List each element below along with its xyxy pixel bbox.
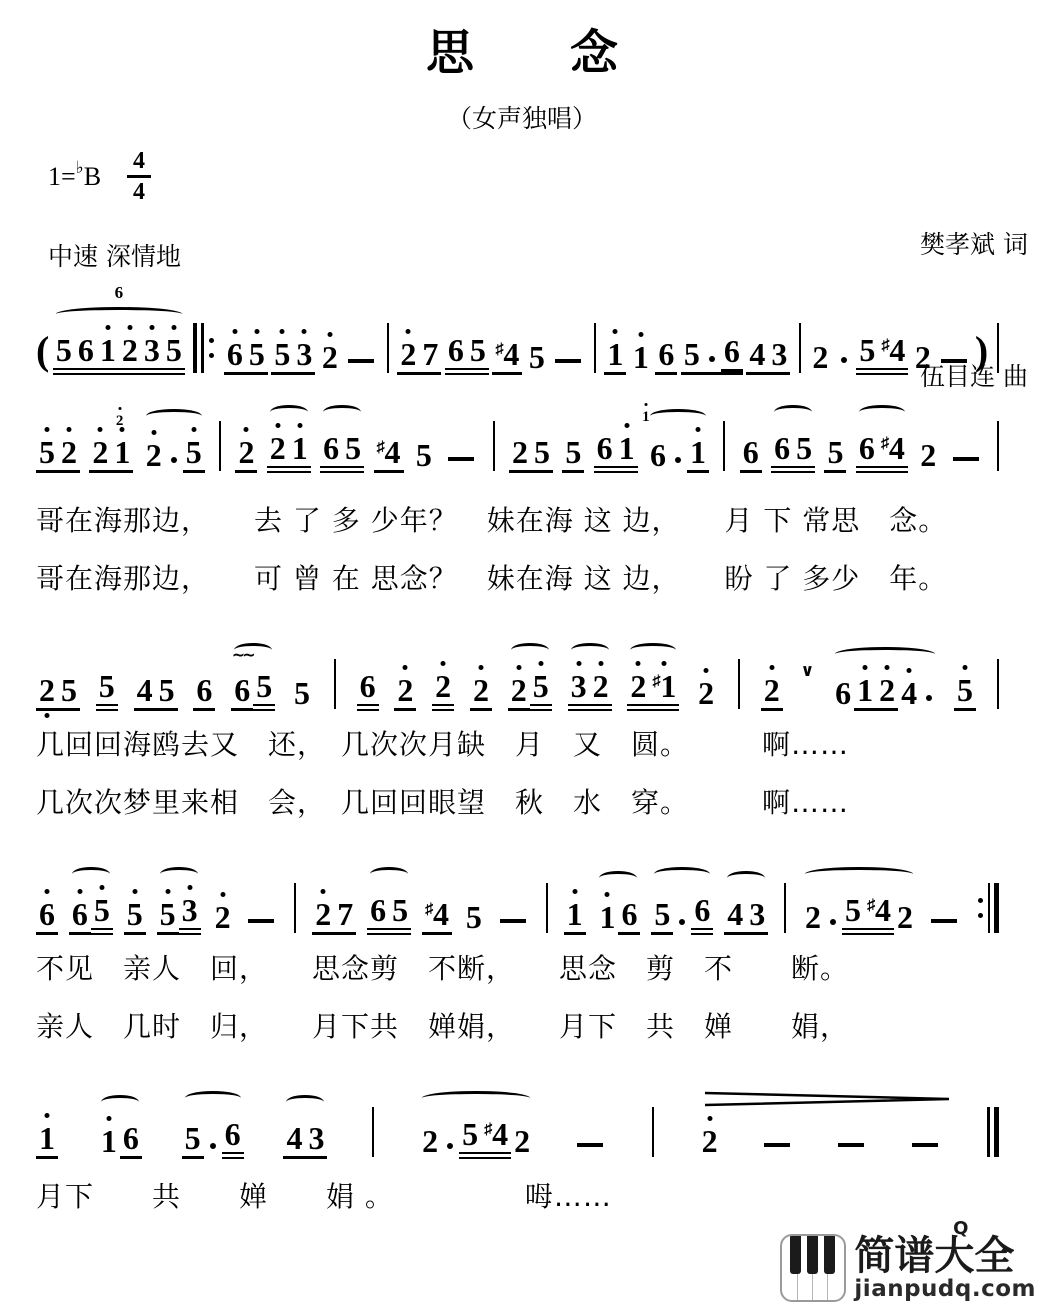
- octave-dot: [187, 885, 192, 890]
- note-digit: 5: [249, 336, 265, 372]
- note-digit: 5: [416, 437, 432, 473]
- note-digit: 3: [144, 332, 160, 368]
- note-group: 6: [193, 662, 215, 711]
- note-digit: 3: [749, 896, 765, 932]
- fraction-bar: [127, 175, 151, 178]
- note-digit: 5: [99, 668, 115, 704]
- note-digit: 5: [654, 896, 670, 932]
- augmentation-dot: [210, 1143, 216, 1149]
- note-group: 2♯1: [627, 643, 679, 711]
- meta-row: 1= ♭ B 4 4 樊孝斌 词 伍目连 曲: [0, 135, 1044, 233]
- note: 6: [367, 882, 389, 928]
- sharp-sign: ♯: [425, 901, 433, 918]
- barline: [592, 323, 598, 373]
- note: 5: [463, 889, 485, 935]
- note-group: 2: [470, 662, 492, 711]
- note: 1: [98, 1113, 120, 1159]
- octave-dot: [45, 427, 50, 432]
- subtitle: （女声独唱）: [0, 99, 1044, 135]
- augmentation-dot: [841, 357, 847, 363]
- note: 1: [854, 662, 876, 711]
- note-digit: 1: [39, 1120, 55, 1156]
- note-group: 2: [432, 658, 454, 711]
- note-digit: 1: [100, 332, 116, 368]
- note-digit: 6: [774, 430, 790, 466]
- octave-dot: [907, 668, 912, 673]
- note-digit: 6: [323, 430, 339, 466]
- note: 4: [898, 665, 920, 711]
- note-digit: 6: [370, 892, 386, 928]
- note-beam-group: 6124: [832, 662, 938, 711]
- note: 5: [856, 322, 878, 368]
- note-beam-group: 27: [397, 326, 441, 375]
- note: 2: [761, 662, 783, 711]
- note-digit: 2: [897, 899, 913, 935]
- note-digit: 1: [599, 899, 615, 935]
- repeat-dots: [978, 898, 983, 918]
- note-group: 56: [681, 323, 743, 375]
- note-digit: 5: [470, 332, 486, 368]
- note-digit: 2: [270, 430, 286, 466]
- note-digit: 5: [274, 336, 290, 372]
- note-digit: 5: [159, 672, 175, 708]
- barline-stroke: [987, 1107, 990, 1157]
- note-group: 6: [655, 326, 677, 375]
- note-digit: 4: [503, 336, 519, 372]
- note-digit: 6: [650, 437, 666, 473]
- note-beam-group: 27: [312, 886, 356, 935]
- note-digit: 5: [345, 430, 361, 466]
- note-beam-group: ♯4: [492, 326, 522, 375]
- barline-stroke: [799, 323, 801, 373]
- key-prefix: 1=: [48, 162, 76, 192]
- octave-dot: [644, 403, 647, 406]
- note-beam-group: 25: [509, 424, 553, 473]
- note-beam-group: ♯4: [422, 886, 452, 935]
- note-beam-group: 2: [695, 665, 717, 711]
- note-digit: 3: [571, 668, 587, 704]
- note: ♯4: [422, 886, 452, 935]
- octave-dot: [538, 661, 543, 666]
- note-group: 61: [647, 409, 709, 473]
- note-digit: 3: [296, 336, 312, 372]
- note: ♯4: [481, 1106, 511, 1159]
- octave-dot: [707, 1116, 712, 1121]
- note-beam-group: 2: [761, 662, 783, 711]
- note: 4: [283, 1110, 305, 1156]
- note: 6: [36, 886, 58, 935]
- note-group: 1: [630, 329, 652, 375]
- note: 6: [721, 323, 743, 372]
- note-group: 53: [157, 867, 201, 935]
- note: 5: [271, 326, 293, 372]
- note-digit: 2: [514, 1123, 530, 1159]
- note-group: 56: [182, 1091, 244, 1159]
- note-beam-group: 6: [193, 662, 215, 711]
- note-group: 5♯4: [856, 322, 908, 375]
- octave-dot: [165, 889, 170, 894]
- repeat-dot: [978, 898, 983, 903]
- piano-icon: [780, 1234, 846, 1302]
- note-digit: 5: [127, 896, 143, 932]
- note-beam-group: 45: [134, 662, 178, 711]
- note-group: 2: [695, 665, 717, 711]
- tuplet-number: 6: [111, 283, 128, 303]
- dash-rest: [931, 919, 957, 923]
- slur: [630, 643, 676, 657]
- note-group: 2: [699, 1113, 721, 1159]
- note-beam-group: 56: [681, 323, 743, 375]
- note: 5: [681, 326, 703, 372]
- note-digit: 5: [534, 434, 550, 470]
- barline: [217, 421, 223, 471]
- note-group: 65: [771, 405, 815, 473]
- note-beam-group: 61: [647, 424, 709, 473]
- dash-rest: [555, 359, 581, 363]
- flat-sign: ♭: [76, 158, 84, 178]
- barline-stroke: [334, 659, 336, 709]
- octave-dot: [254, 329, 259, 334]
- decrescendo-hairpin: [703, 1091, 953, 1111]
- note-group: 16: [98, 1095, 142, 1159]
- note-digit: 5: [61, 672, 77, 708]
- note-group: 6561235: [53, 307, 185, 375]
- octave-dot: [45, 713, 50, 718]
- note-digit: 1: [660, 668, 676, 704]
- note-group: 27: [397, 326, 441, 375]
- note: 5: [562, 424, 584, 473]
- note-digit: 1: [101, 1123, 117, 1159]
- note: 4: [724, 886, 746, 932]
- augmentation-dot: [709, 356, 715, 362]
- octave-dot: [45, 889, 50, 894]
- key-signature: 1= ♭ B 4 4: [48, 149, 151, 204]
- barline-stroke: [738, 659, 740, 709]
- note-beam-group: 2: [470, 662, 492, 711]
- note-digit: 4: [901, 675, 917, 711]
- note: 5: [389, 882, 411, 928]
- note-beam-group: 2: [432, 658, 454, 711]
- note-beam-group: 6: [655, 326, 677, 375]
- note-group: 25♯42: [419, 1091, 533, 1159]
- dash-rest: [838, 1143, 864, 1147]
- note-group: 2: [212, 889, 234, 935]
- note-group: 5: [413, 427, 435, 473]
- notation-line-3: 2554566~~55622225322♯122∨61245: [36, 623, 1004, 711]
- note-digit: 6: [859, 430, 875, 466]
- note-beam-group: 2♯1: [627, 658, 679, 711]
- note-digit: 2: [39, 672, 55, 708]
- sharp-sign: ♯: [484, 1121, 492, 1138]
- note-digit: 1: [690, 434, 706, 470]
- note-group: 5: [562, 424, 584, 473]
- note: 2: [58, 424, 80, 470]
- note-beam-group: 6: [36, 886, 58, 935]
- note: ♯4: [864, 882, 894, 935]
- note-beam-group: 5: [291, 665, 313, 711]
- note-digit: 2: [764, 672, 780, 708]
- octave-dot: [149, 325, 154, 330]
- note-digit: 2: [146, 437, 162, 473]
- note-digit: 2: [322, 339, 338, 375]
- note-digit: 2: [92, 434, 108, 470]
- note-beam-group: 5: [954, 662, 976, 711]
- note-digit: 2: [511, 672, 527, 708]
- note: 2: [432, 658, 454, 711]
- note-group: 6: [357, 658, 379, 711]
- slur: [185, 1091, 241, 1105]
- note-digit: 2: [315, 896, 331, 932]
- note: 1: [289, 420, 311, 466]
- note-digit: 1: [114, 434, 130, 470]
- augmentation-dot: [675, 457, 681, 463]
- note: 2: [917, 427, 939, 473]
- note: 2: [397, 326, 419, 372]
- slur: [654, 867, 710, 881]
- final-barline: [985, 1107, 1001, 1157]
- note-group: 6♯4: [856, 405, 908, 473]
- page-title: 思 念: [0, 14, 1044, 83]
- note-beam-group: 43: [746, 326, 790, 375]
- lyrics-line-7: 月下 共 婵 娟 。 呣……: [36, 1175, 1044, 1215]
- note-beam-group: 561235: [53, 322, 185, 375]
- note-digit: 2: [400, 336, 416, 372]
- octave-dot: [885, 665, 890, 670]
- watermark-logo: 简谱大全 Q jianpudq.com: [780, 1234, 1036, 1302]
- note-digit: 2: [698, 675, 714, 711]
- note-group: 52: [36, 424, 80, 473]
- note-group: 5: [954, 662, 976, 711]
- note: 6: [691, 882, 713, 935]
- note-beam-group: 2: [699, 1113, 721, 1159]
- octave-dot: [576, 661, 581, 666]
- note-group: 2: [912, 329, 934, 375]
- octave-dot: [191, 427, 196, 432]
- note-group: 25: [36, 662, 80, 711]
- octave-dot: [605, 892, 610, 897]
- octave-dot: [624, 423, 629, 428]
- note: 2: [627, 658, 649, 704]
- note: 2: [470, 662, 492, 711]
- barline: [650, 1107, 656, 1157]
- note-beam-group: 52: [36, 424, 80, 473]
- note-group: 5: [291, 665, 313, 711]
- note-digit: 5: [845, 892, 861, 928]
- note: 5: [526, 329, 548, 375]
- slur: [286, 1095, 324, 1109]
- note-group: 5: [463, 889, 485, 935]
- note-beam-group: 1: [604, 326, 626, 375]
- note: 5: [246, 326, 268, 372]
- augmentation-dot: [679, 919, 685, 925]
- note: 5: [253, 658, 275, 711]
- tempo-marking: 中速 深情地: [48, 237, 1044, 273]
- note: 2: [912, 329, 934, 375]
- note-beam-group: 25: [508, 658, 552, 711]
- note-beam-group: 53: [271, 326, 315, 375]
- note-beam-group: 25: [36, 662, 80, 711]
- note-digit: 5: [466, 899, 482, 935]
- note: 5: [530, 658, 552, 711]
- octave-dot: [769, 665, 774, 670]
- octave-dot: [106, 1116, 111, 1121]
- octave-dot: [962, 665, 967, 670]
- octave-dot: [127, 325, 132, 330]
- note-digit: 2: [630, 668, 646, 704]
- barline: [995, 659, 1001, 709]
- note-group: 21: [267, 405, 311, 473]
- note-group: 5: [526, 329, 548, 375]
- barline-stroke: [994, 883, 999, 933]
- note: 5: [163, 322, 185, 368]
- watermark-brand: 简谱大全: [854, 1233, 1014, 1279]
- note: 5: [824, 424, 846, 473]
- barline-stroke: [784, 883, 786, 933]
- barline-stroke: [201, 323, 204, 373]
- note-digit: 4: [889, 430, 905, 466]
- octave-dot: [441, 661, 446, 666]
- note-group: 32: [568, 643, 612, 711]
- augmentation-dot: [926, 695, 932, 701]
- note: 4: [746, 326, 768, 372]
- note-digit: 2: [422, 1123, 438, 1159]
- note-beam-group: 2: [917, 427, 939, 473]
- note-digit: 1: [633, 339, 649, 375]
- octave-dot: [572, 889, 577, 894]
- key-letter: B: [84, 162, 101, 192]
- note: 1: [564, 886, 586, 935]
- note: 1: [111, 424, 133, 470]
- note-digit: 1: [619, 430, 635, 466]
- note-digit: 5: [827, 434, 843, 470]
- note-digit: 6: [694, 892, 710, 928]
- sharp-sign: ♯: [867, 897, 875, 914]
- note: 2: [419, 1113, 441, 1159]
- watermark-text: 简谱大全 Q jianpudq.com: [854, 1236, 1036, 1302]
- slur: [571, 643, 609, 657]
- octave-dot: [321, 889, 326, 894]
- barline: [370, 1107, 376, 1157]
- note-group: 1: [36, 1110, 58, 1159]
- note-digit: 1: [857, 672, 873, 708]
- barline: [385, 323, 391, 373]
- note: 7: [334, 886, 356, 932]
- note-group: 65: [224, 326, 268, 375]
- note-group: 27: [312, 886, 356, 935]
- note-digit: 6: [621, 896, 637, 932]
- lyrics-line-2: 哥在海那边， 可 曾 在 思念？ 妹在海 这 边， 盼 了 多少 年。: [36, 557, 1044, 597]
- note: 3: [141, 322, 163, 368]
- note: 3: [293, 326, 315, 372]
- note-beam-group: 65: [445, 322, 489, 375]
- note: ♯4: [878, 322, 908, 368]
- note: 2: [894, 889, 916, 935]
- notation-line-2: 522212522165♯452556116166556♯42: [36, 385, 1004, 473]
- slur: [650, 409, 706, 423]
- note-digit: 6: [72, 896, 88, 932]
- note-digit: 5: [166, 332, 182, 368]
- time-numerator: 4: [133, 149, 145, 173]
- note: 1: [36, 1110, 58, 1159]
- note-digit: 2: [61, 434, 77, 470]
- note: 6: [75, 322, 97, 368]
- note: 3: [746, 886, 768, 932]
- note-beam-group: 6~~5: [231, 658, 275, 711]
- note-digit: 5: [185, 1120, 201, 1156]
- note-beam-group: 1: [630, 329, 652, 375]
- lyrics-line-4: 几次次梦里来相 会， 几回回眼望 秋 水 穿。 啊……: [36, 781, 1044, 821]
- note-beam-group: 6: [357, 658, 379, 711]
- note: 5: [183, 424, 205, 473]
- note-digit: 4: [875, 892, 891, 928]
- note-beam-group: 5: [562, 424, 584, 473]
- barline-stroke: [994, 1107, 999, 1157]
- note-beam-group: ♯4: [374, 424, 404, 473]
- note-group: 16: [596, 871, 640, 935]
- note-digit: 2: [215, 899, 231, 935]
- note-group: 43: [724, 871, 768, 935]
- note-digit: 2: [812, 339, 828, 375]
- time-signature: 4 4: [127, 149, 151, 204]
- sharp-sign: ♯: [881, 435, 889, 452]
- note-group: 1: [564, 886, 586, 935]
- note-beam-group: 6♯4: [856, 420, 908, 473]
- octave-dot: [598, 661, 603, 666]
- note: 2: [212, 889, 234, 935]
- note-beam-group: 5: [124, 886, 146, 935]
- notation-line-5: 116564325♯422: [36, 1071, 1004, 1159]
- barline: [332, 659, 338, 709]
- note: 2: [508, 662, 530, 711]
- watermark-brand-row: 简谱大全 Q: [854, 1236, 1014, 1276]
- octave-dot: [99, 885, 104, 890]
- barline-stroke: [988, 883, 990, 933]
- dash-rest: [448, 457, 474, 461]
- note-beam-group: 21: [267, 420, 311, 473]
- note-group: 43: [283, 1095, 327, 1159]
- lyrics-line-6: 亲人 几时 归， 月下共 婵娟， 月下 共 婵 娟，: [36, 1005, 1044, 1045]
- note: 5: [651, 886, 673, 935]
- note-beam-group: 2: [912, 329, 934, 375]
- note-digit: 5: [796, 430, 812, 466]
- note-digit: 5: [565, 434, 581, 470]
- note-digit: 6: [597, 430, 613, 466]
- note-group: 25: [509, 424, 553, 473]
- octave-dot: [220, 892, 225, 897]
- sheet-music-page: 思 念 （女声独唱） 1= ♭ B 4 4 樊孝斌 词 伍目连 曲 中速 深情地…: [0, 0, 1044, 1308]
- note-digit: 4: [889, 332, 905, 368]
- note: 2: [511, 1113, 533, 1159]
- note-group: 2: [761, 662, 783, 711]
- note-group: 2: [917, 427, 939, 473]
- note: 2: [699, 1113, 721, 1159]
- augmentation-dot: [171, 457, 177, 463]
- note-digit: 2: [593, 668, 609, 704]
- note: 6: [856, 420, 878, 466]
- note-digit: 4: [727, 896, 743, 932]
- slur: [511, 643, 549, 657]
- barline-stroke: [546, 883, 548, 933]
- note-digit: 5: [859, 332, 875, 368]
- note-beam-group: 65: [224, 326, 268, 375]
- note-digit: 6: [234, 672, 250, 708]
- note-beam-group: 25♯42: [802, 882, 916, 935]
- note: 6~~: [231, 662, 253, 711]
- dash-rest: [912, 1143, 938, 1147]
- octave-dot: [302, 329, 307, 334]
- piano-black-key: [807, 1234, 818, 1274]
- note: 6: [120, 1110, 142, 1159]
